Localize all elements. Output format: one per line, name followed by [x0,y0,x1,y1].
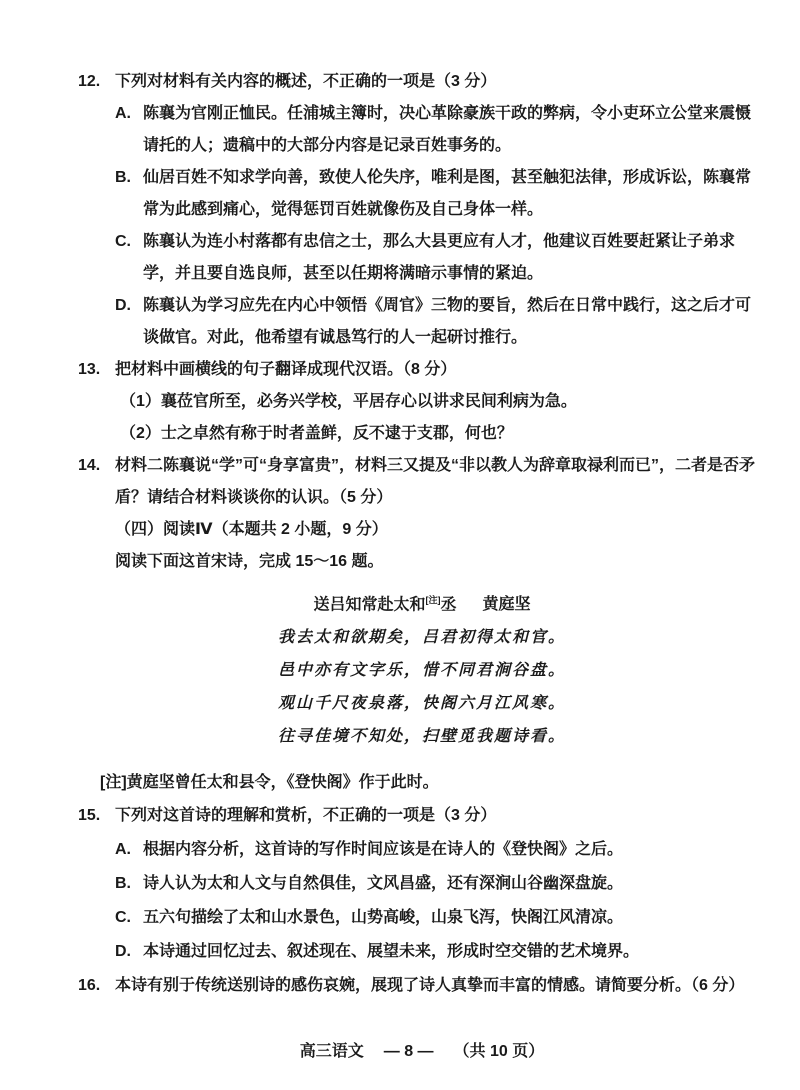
poem-title-suffix: 丞 [440,596,456,613]
page-footer: 高三语文— 8 —（共 10 页） [78,1041,766,1063]
poem-title-note-mark: [注] [425,595,440,605]
poetry-questions: 15. 下列对这首诗的理解和赏析，不正确的一项是（3 分） A. 根据内容分析，… [78,799,766,1003]
option-text: 陈襄为官刚正恤民。任浦城主簿时，决心革除豪族干政的弊病，令小吏环立公堂来震慑请托… [143,98,766,162]
poem-author: 黄庭坚 [483,596,531,613]
question-14: 14. 材料二陈襄说“学”可“身享富贵”，材料三又提及“非以教人为辞章取禄利而已… [78,450,766,514]
question-12-stem: 下列对材料有关内容的概述，不正确的一项是（3 分） [115,66,766,98]
option-label: A. [115,98,143,162]
option-label: C. [115,901,143,935]
question-14-stem: 材料二陈襄说“学”可“身享富贵”，材料三又提及“非以教人为辞章取禄利而已”，二者… [115,450,766,514]
poem-line-2: 邑中亦有文字乐，惜不同君涧谷盘。 [78,654,766,687]
option-text: 陈襄认为学习应先在内心中领悟《周官》三物的要旨，然后在日常中践行，这之后才可谈做… [143,290,766,354]
poem-title: 送吕知常赴太和[注]丞黄庭坚 [78,584,766,621]
option-label: A. [115,833,143,867]
question-16-stem: 本诗有别于传统送别诗的感伤哀婉，展现了诗人真挚而丰富的情感。请简要分析。（6 分… [115,969,766,1003]
section-4-intro: 阅读下面这首宋诗，完成 15～16 题。 [115,546,766,578]
question-14-number: 14. [78,450,115,514]
poem-line-4: 往寻佳境不知处，扫壁觅我题诗看。 [78,720,766,753]
option-text: 本诗通过回忆过去、叙述现在、展望未来，形成时空交错的艺术境界。 [143,935,766,969]
question-12-number: 12. [78,66,115,98]
question-15: 15. 下列对这首诗的理解和赏析，不正确的一项是（3 分） [78,799,766,833]
section-4-heading: （四）阅读Ⅳ（本题共 2 小题，9 分） [115,514,766,546]
option-label: D. [115,935,143,969]
question-12-option-b: B. 仙居百姓不知求学向善，致使人伦失序，唯利是图，甚至触犯法律，形成诉讼，陈襄… [115,162,766,226]
question-13-item-2: （2）士之卓然有称于时者盖鲜，反不逮于支郡，何也？ [120,418,766,450]
option-label: B. [115,162,143,226]
option-text: 陈襄认为连小村落都有忠信之士，那么大县更应有人才，他建议百姓要赶紧让子弟求学，并… [143,226,766,290]
poem-title-text: 送吕知常赴太和 [313,596,425,613]
question-15-stem: 下列对这首诗的理解和赏析，不正确的一项是（3 分） [115,799,766,833]
question-12-option-a: A. 陈襄为官刚正恤民。任浦城主簿时，决心革除豪族干政的弊病，令小吏环立公堂来震… [115,98,766,162]
question-15-option-c: C. 五六句描绘了太和山水景色，山势高峻，山泉飞泻，快阁江风清凉。 [115,901,766,935]
question-15-number: 15. [78,799,115,833]
question-12: 12. 下列对材料有关内容的概述，不正确的一项是（3 分） [78,66,766,98]
question-12-option-d: D. 陈襄认为学习应先在内心中领悟《周官》三物的要旨，然后在日常中践行，这之后才… [115,290,766,354]
question-13-stem: 把材料中画横线的句子翻译成现代汉语。（8 分） [115,354,766,386]
question-15-option-d: D. 本诗通过回忆过去、叙述现在、展望未来，形成时空交错的艺术境界。 [115,935,766,969]
question-15-option-a: A. 根据内容分析，这首诗的写作时间应该是在诗人的《登快阁》之后。 [115,833,766,867]
exam-page: 12. 下列对材料有关内容的概述，不正确的一项是（3 分） A. 陈襄为官刚正恤… [0,0,800,1090]
option-text: 五六句描绘了太和山水景色，山势高峻，山泉飞泻，快阁江风清凉。 [143,901,766,935]
poem-line-3: 观山千尺夜泉落，快阁六月江风寒。 [78,687,766,720]
poem-note: [注]黄庭坚曾任太和县令，《登快阁》作于此时。 [100,766,766,799]
option-label: D. [115,290,143,354]
question-15-option-b: B. 诗人认为太和人文与自然俱佳，文风昌盛，还有深涧山谷幽深盘旋。 [115,867,766,901]
exam-content: 12. 下列对材料有关内容的概述，不正确的一项是（3 分） A. 陈襄为官刚正恤… [0,0,800,1063]
poem-line-1: 我去太和欲期矣，吕君初得太和官。 [78,621,766,654]
question-16: 16. 本诗有别于传统送别诗的感伤哀婉，展现了诗人真挚而丰富的情感。请简要分析。… [78,969,766,1003]
footer-page-number: — 8 — [384,1043,434,1060]
question-16-number: 16. [78,969,115,1003]
option-text: 诗人认为太和人文与自然俱佳，文风昌盛，还有深涧山谷幽深盘旋。 [143,867,766,901]
question-13: 13. 把材料中画横线的句子翻译成现代汉语。（8 分） [78,354,766,386]
option-label: B. [115,867,143,901]
option-text: 根据内容分析，这首诗的写作时间应该是在诗人的《登快阁》之后。 [143,833,766,867]
footer-total-pages: （共 10 页） [454,1043,545,1060]
question-13-number: 13. [78,354,115,386]
question-12-option-c: C. 陈襄认为连小村落都有忠信之士，那么大县更应有人才，他建议百姓要赶紧让子弟求… [115,226,766,290]
question-13-item-1: （1）襄莅官所至，必务兴学校，平居存心以讲求民间利病为急。 [120,386,766,418]
footer-course: 高三语文 [300,1043,364,1060]
option-label: C. [115,226,143,290]
option-text: 仙居百姓不知求学向善，致使人伦失序，唯利是图，甚至触犯法律，形成诉讼，陈襄常常为… [143,162,766,226]
